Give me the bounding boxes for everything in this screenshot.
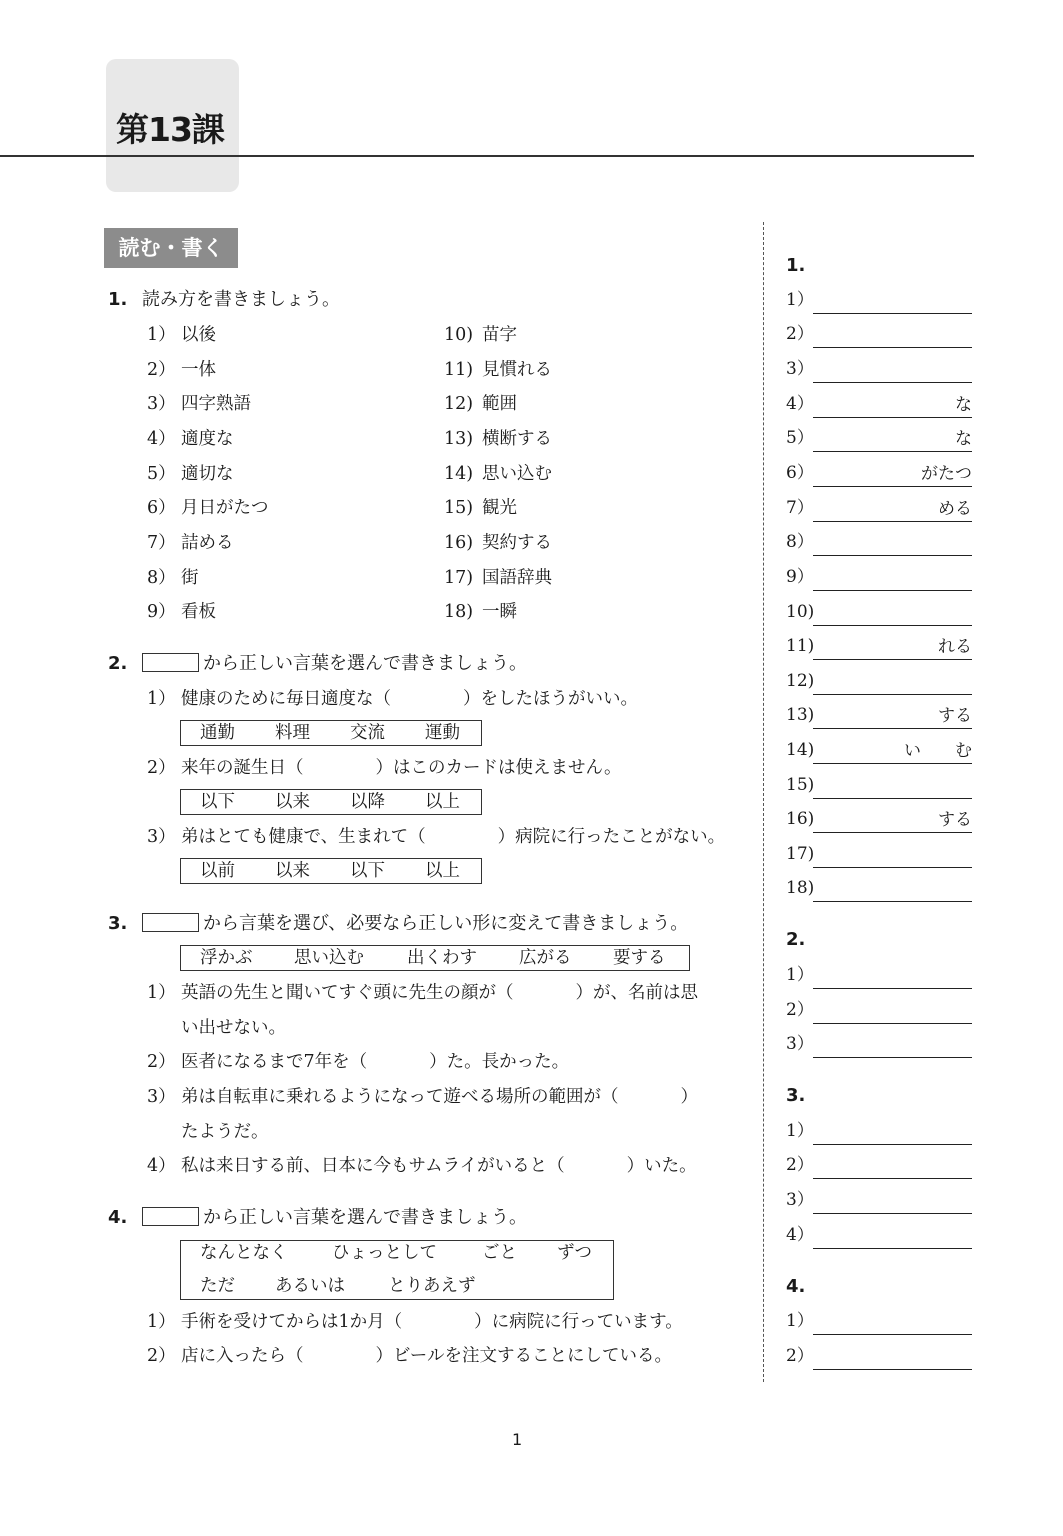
answer-field[interactable]: 2）	[786, 1342, 972, 1370]
answer-section-1-heading: 1.	[786, 255, 805, 276]
question-number: 1.	[108, 288, 142, 312]
q3-item: 3）弟は自転車に乗れるようになって遊べる場所の範囲が（）	[147, 1085, 698, 1109]
q3-item-continuation: たようだ。	[181, 1120, 269, 1144]
answer-field[interactable]: 17)	[786, 840, 972, 868]
answer-section-3-heading: 3.	[786, 1085, 805, 1106]
answer-field[interactable]: 9）	[786, 563, 972, 591]
answer-field[interactable]: 14)い む	[786, 736, 972, 764]
q4-item: 1）手術を受けてからは1か月（）に病院に行っています。	[147, 1310, 683, 1334]
answer-field[interactable]: 2）	[786, 996, 972, 1024]
q1-item: 1）以後	[147, 323, 216, 347]
answer-field[interactable]: 3）	[786, 355, 972, 383]
answer-field[interactable]: 1）	[786, 1307, 972, 1335]
answer-field[interactable]: 1）	[786, 286, 972, 314]
q2-item: 2）来年の誕生日（）はこのカードは使えません。	[147, 756, 622, 780]
q1-item: 16)契約する	[444, 531, 552, 555]
q1-item: 4）適度な	[147, 427, 234, 451]
answer-field[interactable]: 3）	[786, 1186, 972, 1214]
q1-item: 18)一瞬	[444, 600, 517, 624]
q1-item: 7）詰める	[147, 531, 234, 555]
answer-field[interactable]: 10)	[786, 598, 972, 626]
q2-choices-2: 以下 以来 以降 以上	[180, 789, 482, 815]
answer-field[interactable]: 6）がたつ	[786, 459, 972, 487]
q3-item: 2）医者になるまで7年を（）た。長かった。	[147, 1050, 569, 1074]
q1-item: 11)見慣れる	[444, 358, 552, 382]
choice-box-marker	[142, 653, 199, 672]
q2-choices-3: 以前 以来 以下 以上	[180, 858, 482, 884]
answer-field[interactable]: 11)れる	[786, 632, 972, 660]
section-label: 読む・書く	[104, 228, 238, 268]
answer-field[interactable]: 1）	[786, 1117, 972, 1145]
q1-item: 12)範囲	[444, 392, 517, 416]
q3-item: 1）英語の先生と聞いてすぐ頭に先生の顔が（）が、名前は思	[147, 981, 698, 1005]
q1-item: 14)思い込む	[444, 462, 552, 486]
answer-field[interactable]: 3）	[786, 1030, 972, 1058]
answer-field[interactable]: 16)する	[786, 805, 972, 833]
q1-item: 3）四字熟語	[147, 392, 251, 416]
q1-item: 17)国語辞典	[444, 566, 552, 590]
answer-field[interactable]: 2）	[786, 1151, 972, 1179]
answer-section-2-heading: 2.	[786, 929, 805, 950]
answer-field[interactable]: 7）める	[786, 494, 972, 522]
answer-field[interactable]: 15)	[786, 771, 972, 799]
q1-item: 8）街	[147, 566, 199, 590]
answer-field[interactable]: 5）な	[786, 424, 972, 452]
chapter-title: 第13課	[116, 104, 224, 151]
answer-field[interactable]: 4）な	[786, 390, 972, 418]
choice-box-marker	[142, 913, 199, 932]
q1-item: 13)横断する	[444, 427, 552, 451]
q4-item: 2）店に入ったら（）ビールを注文することにしている。	[147, 1344, 672, 1368]
question-3-heading: 3.から言葉を選び、必要なら正しい形に変えて書きましょう。	[108, 912, 688, 936]
q4-choices: なんとなく ひょっとして ごと ずつ ただ あるいは とりあえず	[180, 1240, 614, 1300]
answer-field[interactable]: 8）	[786, 528, 972, 556]
answer-field[interactable]: 12)	[786, 667, 972, 695]
answer-field[interactable]: 13)する	[786, 701, 972, 729]
choice-box-marker	[142, 1207, 199, 1226]
q2-choices-1: 通勤 料理 交流 運動	[180, 720, 482, 746]
q1-item: 2）一体	[147, 358, 216, 382]
answer-field[interactable]: 2）	[786, 320, 972, 348]
answer-field[interactable]: 18)	[786, 874, 972, 902]
question-2-heading: 2.から正しい言葉を選んで書きましょう。	[108, 652, 527, 676]
question-1-heading: 1.読み方を書きましょう。	[108, 288, 340, 312]
question-instruction: 読み方を書きましょう。	[142, 289, 340, 310]
q3-item-continuation: い出せない。	[181, 1016, 286, 1040]
q2-item: 3）弟はとても健康で、生まれて（）病院に行ったことがない。	[147, 825, 725, 849]
page-number: 1	[512, 1430, 522, 1449]
q1-item: 15)観光	[444, 496, 517, 520]
question-4-heading: 4.から正しい言葉を選んで書きましょう。	[108, 1206, 527, 1230]
q3-item: 4）私は来日する前、日本に今もサムライがいると（）いた。	[147, 1154, 697, 1178]
q2-item: 1）健康のために毎日適度な（）をしたほうがいい。	[147, 687, 638, 711]
q1-item: 9）看板	[147, 600, 216, 624]
answer-column-divider	[763, 222, 764, 1382]
q1-item: 10)苗字	[444, 323, 517, 347]
q1-item: 5）適切な	[147, 462, 234, 486]
answer-field[interactable]: 1）	[786, 961, 972, 989]
q1-item: 6）月日がたつ	[147, 496, 269, 520]
header-rule	[0, 155, 974, 157]
answer-section-4-heading: 4.	[786, 1276, 805, 1297]
q3-choices: 浮かぶ 思い込む 出くわす 広がる 要する	[180, 945, 690, 971]
answer-field[interactable]: 4）	[786, 1221, 972, 1249]
